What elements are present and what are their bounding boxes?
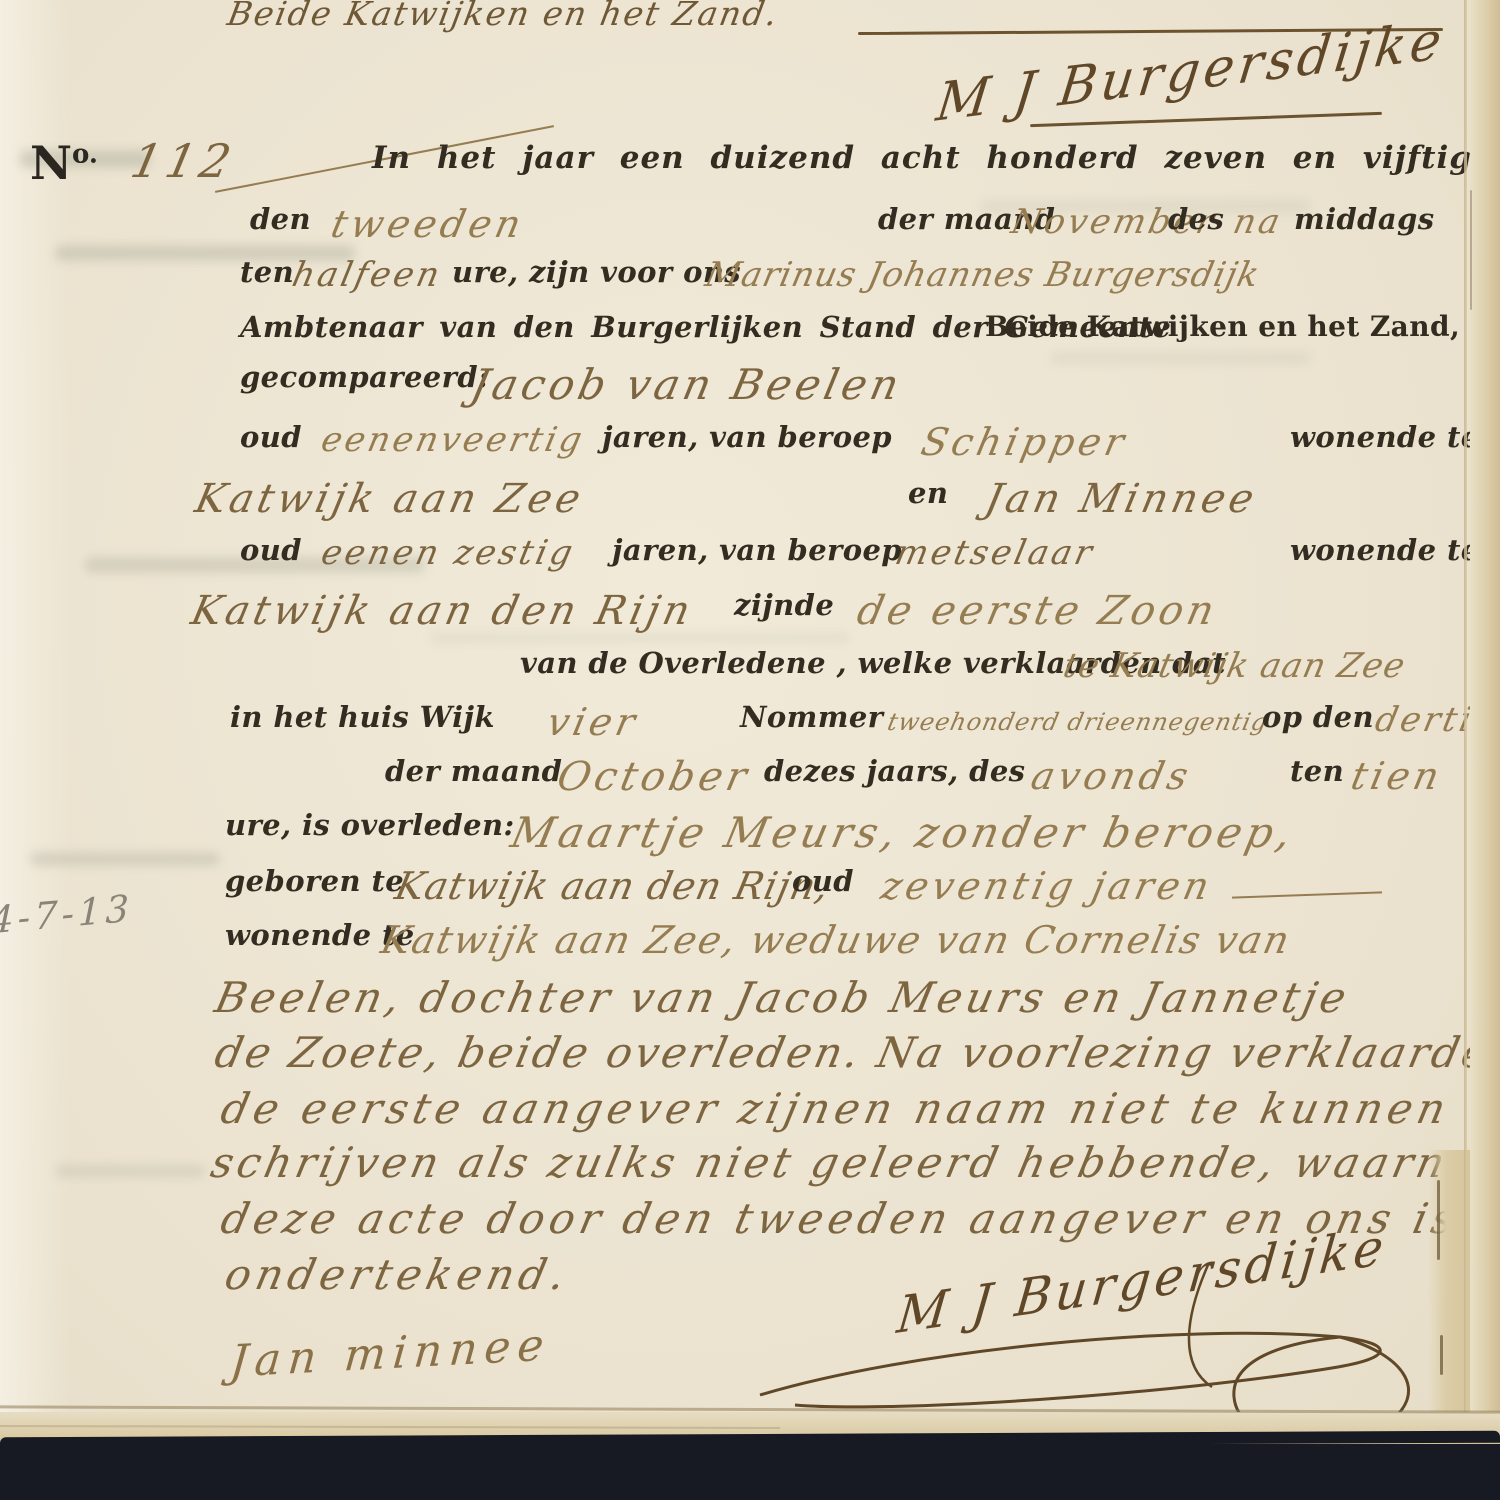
handwritten-text: Schipper [917, 420, 1132, 464]
handwritten-text: Katwijk aan Zee, weduwe van Cornelis van [377, 918, 1295, 962]
printed-text: Nommer [740, 700, 883, 734]
handwritten-text: schrijven als zulks niet geleerd hebbend… [207, 1138, 1482, 1187]
printed-text: ure, zijn voor ons [452, 255, 741, 289]
act-line-17: de Zoete, beide overleden. Na voorlezing… [0, 1028, 1500, 1086]
handwritten-text: eenen zestig [318, 533, 579, 573]
handwritten-text: October [553, 754, 755, 800]
act-line-6: oud eenenveertig jaren, van beroep Schip… [0, 420, 1500, 478]
printed-text: wonende te [1290, 420, 1480, 454]
handwritten-text: de Zoete, beide overleden. Na voorlezing… [211, 1028, 1495, 1077]
handwritten-text: halfeen [289, 255, 446, 295]
printed-text: geboren te [225, 864, 404, 898]
printed-text: oud [792, 864, 854, 898]
handwritten-text: Jan Minnee [981, 476, 1262, 522]
printed-text: wonende te [1290, 533, 1480, 567]
act-line-13: ure, is overleden: Maartje Meurs, zonder… [0, 808, 1500, 866]
printed-text: gecompareerd: [240, 360, 489, 394]
printed-text: in het huis Wijk [230, 700, 495, 734]
handwritten-text: Katwijk aan den Rijn [187, 588, 698, 634]
act-line-10: van de Overledene , welke verklaarden da… [0, 646, 1500, 704]
act-line-19: schrijven als zulks niet geleerd hebbend… [0, 1138, 1500, 1196]
handwritten-text: Katwijk aan den Rijn, [391, 864, 834, 908]
handwritten-text: tien [1347, 754, 1447, 798]
handwritten-text: ondertekend. [221, 1250, 575, 1299]
printed-text: jaren, van beroep [602, 420, 892, 454]
act-line-12: der maand October dezes jaars, des avond… [0, 754, 1500, 812]
handwritten-text: Marinus Johannes Burgersdijk [702, 255, 1264, 295]
act-line-16: Beelen, dochter van Jacob Meurs en Janne… [0, 973, 1500, 1031]
printed-text: ten [1290, 754, 1344, 788]
page-edge-right [1470, 0, 1500, 1412]
printed-text: oud [240, 420, 302, 454]
declarant-signature: Jan minnee [228, 1319, 553, 1387]
handwritten-text: de eerste Zoon [853, 588, 1222, 634]
act-line-15: wonende te Katwijk aan Zee, weduwe van C… [0, 918, 1500, 976]
handwritten-text: vier [543, 700, 643, 744]
act-line-3: ten halfeen ure, zijn voor ons Marinus J… [0, 255, 1500, 313]
printed-text: op den [1262, 700, 1374, 734]
printed-text: middags [1294, 202, 1434, 236]
page-edge-mark [1440, 1335, 1443, 1375]
handwritten-text: tweehonderd drieennegentig [885, 708, 1271, 736]
printed-text: ten [240, 255, 294, 289]
handwritten-text: Beelen, dochter van Jacob Meurs en Janne… [211, 973, 1355, 1022]
handwritten-text: Jacob van Beelen [467, 360, 907, 409]
act-line-2: den tweeden der maand November des na mi… [0, 202, 1500, 260]
district-heading-script: Beide Katwijken en het Zand. [225, 0, 783, 33]
printed-text: Beide Katwijken en het Zand, [985, 310, 1460, 343]
death-record-scan: Beide Katwijken en het Zand. M J Burgers… [0, 0, 1500, 1500]
page-edge-mark [1470, 190, 1472, 310]
act-line-1: In het jaar een duizend acht honderd zev… [0, 140, 1500, 198]
handwritten-text: Katwijk aan Zee [191, 476, 588, 522]
book-binding [0, 1444, 1500, 1500]
handwritten-text: metselaar [892, 533, 1099, 573]
handwritten-text: tweeden [327, 202, 528, 246]
handwritten-text: Maartje Meurs, zonder beroep, [507, 808, 1300, 857]
registrar-signature-top: M J Burgersdijke [933, 10, 1448, 134]
printed-text: den [250, 202, 311, 236]
printed-text: dezes jaars, des [764, 754, 1025, 788]
act-line-11: in het huis Wijk vier Nommer tweehonderd… [0, 700, 1500, 758]
printed-text: des [1168, 202, 1224, 236]
handwritten-text: te Katwijk aan Zee [1060, 646, 1409, 686]
printed-text: jaren, van beroep [612, 533, 902, 567]
ink-stroke [1232, 891, 1382, 898]
act-line-9: Katwijk aan den Rijn zijnde de eerste Zo… [0, 588, 1500, 646]
act-line-8: oud eenen zestig jaren, van beroep metse… [0, 533, 1500, 591]
act-line-14: geboren te Katwijk aan den Rijn, oud zev… [0, 864, 1500, 922]
printed-text: der maand [385, 754, 562, 788]
handwritten-text: eenenveertig [318, 420, 589, 460]
printed-text: ure, is overleden: [225, 808, 515, 842]
handwritten-text: avonds [1027, 754, 1196, 798]
page-edge-mark [1437, 1180, 1440, 1260]
handwritten-text: zeventig jaren [877, 864, 1217, 908]
printed-text: en [908, 476, 948, 510]
act-line-7: Katwijk aan Zee en Jan Minnee [0, 476, 1500, 534]
printed-text: zijnde [734, 588, 834, 622]
act-line-5: gecompareerd: Jacob van Beelen [0, 360, 1500, 418]
printed-text: oud [240, 533, 302, 567]
page-fold-crease [1464, 0, 1467, 1412]
printed-text: In het jaar een duizend acht honderd zev… [372, 140, 1484, 176]
handwritten-text: na [1230, 202, 1287, 242]
act-line-18: de eerste aangever zijnen naam niet te k… [0, 1084, 1500, 1142]
handwritten-text: de eerste aangever zijnen naam niet te k… [217, 1084, 1455, 1133]
